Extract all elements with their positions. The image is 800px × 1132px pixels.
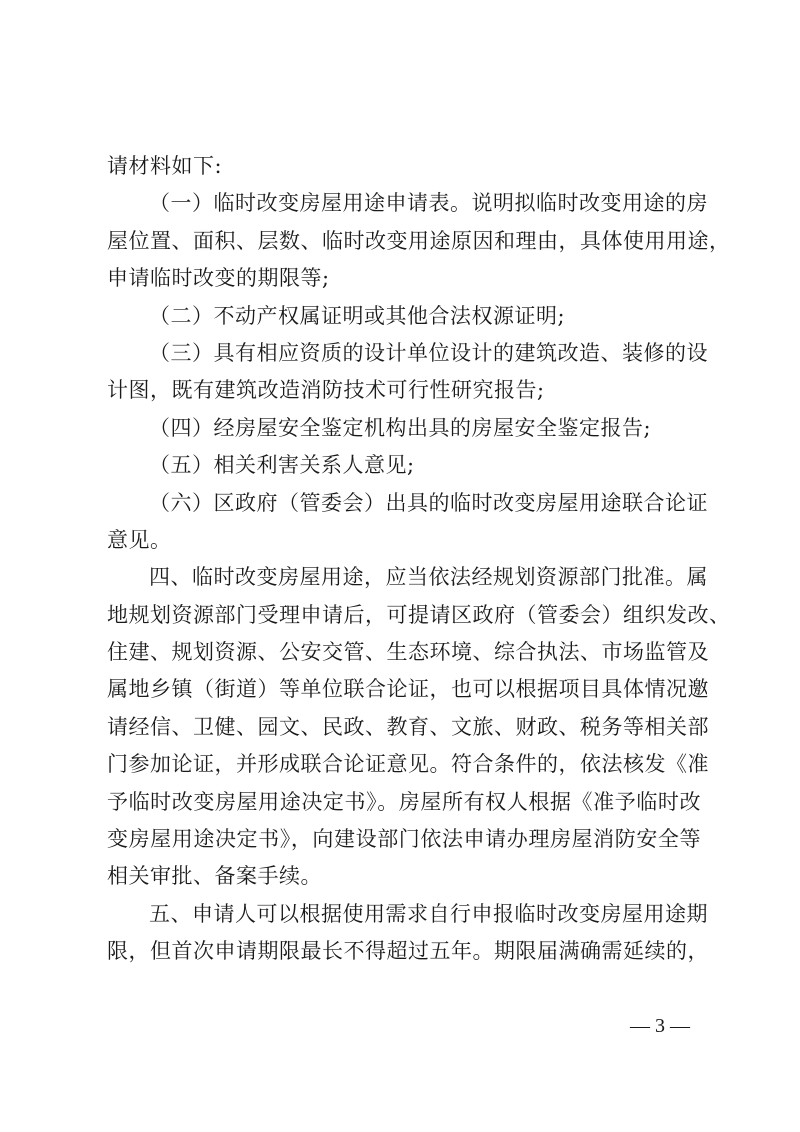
list-item-2-line: （二）不动产权属证明或其他合法权源证明; bbox=[107, 298, 701, 335]
list-item-1-line: 屋位置、面积、层数、临时改变用途原因和理由，具体使用用途， bbox=[107, 223, 701, 260]
section-4-line: 住建、规划资源、公安交管、生态环境、综合执法、市场监管及 bbox=[107, 634, 701, 671]
list-item-6-line: 意见。 bbox=[107, 522, 701, 559]
list-item-6-line: （六）区政府（管委会）出具的临时改变房屋用途联合论证 bbox=[107, 485, 701, 522]
section-4-line: 予临时改变房屋用途决定书》。房屋所有权人根据《准予临时改 bbox=[107, 784, 701, 821]
section-5-line: 限，但首次申请期限最长不得超过五年。期限届满确需延续的， bbox=[107, 933, 701, 970]
section-4-line: 请经信、卫健、园文、民政、教育、文旅、财政、税务等相关部 bbox=[107, 709, 701, 746]
section-4-line: 四、临时改变房屋用途，应当依法经规划资源部门批准。属 bbox=[107, 559, 701, 596]
list-item-3-line: （三）具有相应资质的设计单位设计的建筑改造、装修的设 bbox=[107, 335, 701, 372]
list-item-3-line: 计图，既有建筑改造消防技术可行性研究报告; bbox=[107, 372, 701, 409]
section-4-line: 变房屋用途决定书》，向建设部门依法申请办理房屋消防安全等 bbox=[107, 821, 701, 858]
section-4-line: 相关审批、备案手续。 bbox=[107, 858, 701, 895]
section-5-line: 五、申请人可以根据使用需求自行申报临时改变房屋用途期 bbox=[107, 896, 701, 933]
section-4-line: 门参加论证，并形成联合论证意见。符合条件的，依法核发《准 bbox=[107, 746, 701, 783]
section-4-line: 地规划资源部门受理申请后，可提请区政府（管委会）组织发改、 bbox=[107, 597, 701, 634]
section-4-line: 属地乡镇（街道）等单位联合论证，也可以根据项目具体情况邀 bbox=[107, 671, 701, 708]
list-item-4-line: （四）经房屋安全鉴定机构出具的房屋安全鉴定报告; bbox=[107, 410, 701, 447]
list-item-5-line: （五）相关利害关系人意见; bbox=[107, 447, 701, 484]
list-item-1-line: （一）临时改变房屋用途申请表。说明拟临时改变用途的房 bbox=[107, 185, 701, 222]
paragraph-line: 请材料如下: bbox=[107, 148, 701, 185]
document-body: 请材料如下: （一）临时改变房屋用途申请表。说明拟临时改变用途的房 屋位置、面积… bbox=[107, 148, 701, 971]
page-number: — 3 — bbox=[620, 1012, 700, 1040]
list-item-1-line: 申请临时改变的期限等; bbox=[107, 260, 701, 297]
